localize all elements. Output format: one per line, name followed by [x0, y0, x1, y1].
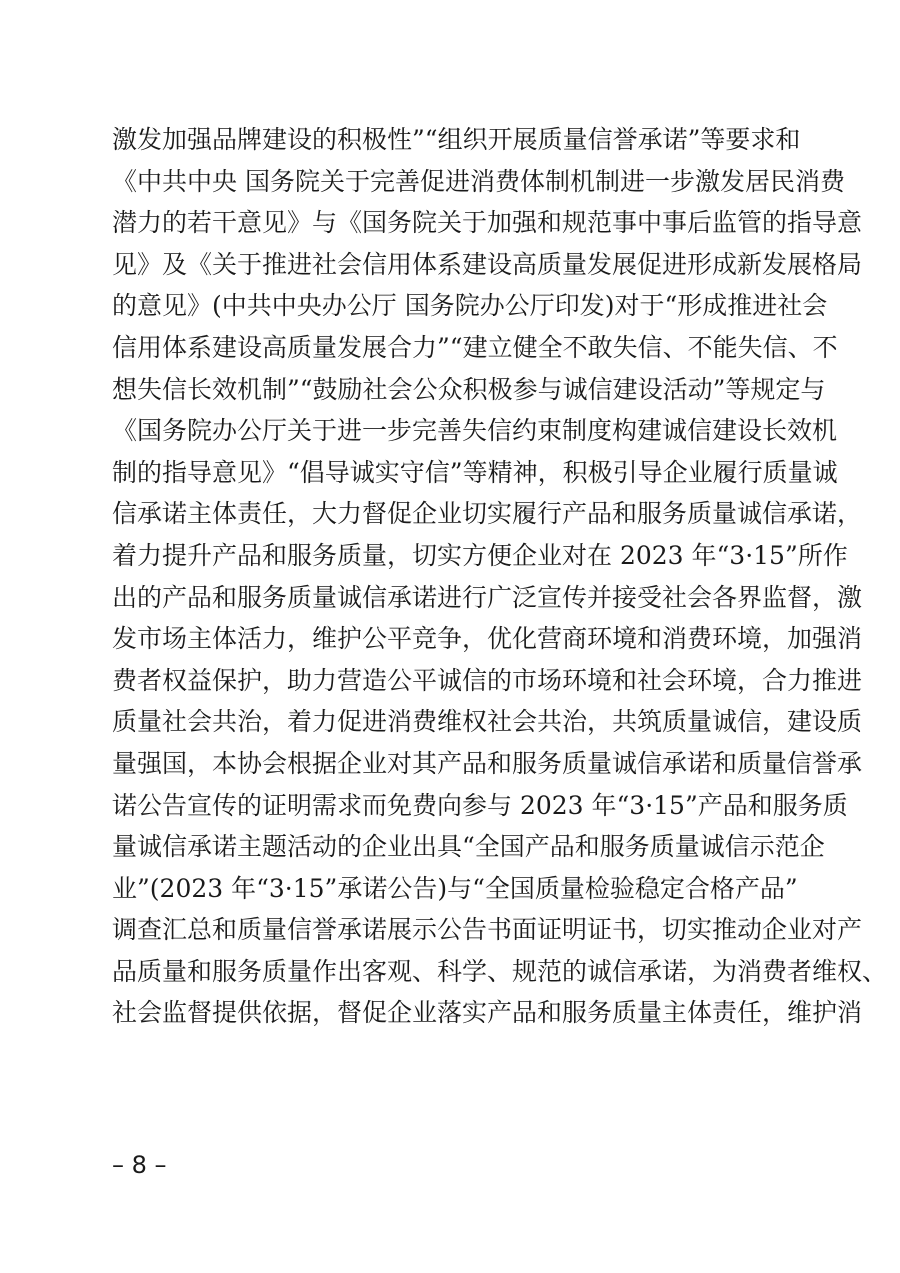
text-line: 制的指导意见》“倡导诚实守信”等精神，积极引导企业履行质量诚: [112, 452, 788, 494]
text-line: 社会监督提供依据，督促企业落实产品和服务质量主体责任，维护消: [112, 992, 788, 1034]
text-line: 调查汇总和质量信誉承诺展示公告书面证明证书，切实推动企业对产: [112, 909, 788, 951]
text-line: 费者权益保护，助力营造公平诚信的市场环境和社会环境，合力推进: [112, 660, 788, 702]
text-line: 品质量和服务质量作出客观、科学、规范的诚信承诺，为消费者维权、: [112, 951, 788, 993]
document-page: 激发加强品牌建设的积极性”“组织开展质量信誉承诺”等要求和 《中共中央 国务院关…: [0, 0, 900, 1273]
text-line: 质量社会共治，着力促进消费维权社会共治，共筑质量诚信，建设质: [112, 701, 788, 743]
text-line: 出的产品和服务质量诚信承诺进行广泛宣传并接受社会各界监督，激: [112, 577, 788, 619]
text-line: 想失信长效机制”“鼓励社会公众积极参与诚信建设活动”等规定与: [112, 369, 788, 411]
text-line: 业”(2023 年“3·15”承诺公告)与“全国质量检验稳定合格产品”: [112, 868, 788, 910]
text-line: 信用体系建设高质量发展合力”“建立健全不敢失信、不能失信、不: [112, 327, 788, 369]
text-line: 诺公告宣传的证明需求而免费向参与 2023 年“3·15”产品和服务质: [112, 785, 788, 827]
text-line: 的意见》(中共中央办公厅 国务院办公厅印发)对于“形成推进社会: [112, 285, 788, 327]
text-line: 激发加强品牌建设的积极性”“组织开展质量信誉承诺”等要求和: [112, 119, 788, 161]
text-line: 潜力的若干意见》与《国务院关于加强和规范事中事后监管的指导意: [112, 202, 788, 244]
text-line: 信承诺主体责任，大力督促企业切实履行产品和服务质量诚信承诺，: [112, 493, 788, 535]
text-line: 量诚信承诺主题活动的企业出具“全国产品和服务质量诚信示范企: [112, 826, 788, 868]
text-line: 发市场主体活力，维护公平竞争，优化营商环境和消费环境，加强消: [112, 618, 788, 660]
text-line: 见》及《关于推进社会信用体系建设高质量发展促进形成新发展格局: [112, 244, 788, 286]
text-line: 《中共中央 国务院关于完善促进消费体制机制进一步激发居民消费: [112, 161, 788, 203]
body-paragraph: 激发加强品牌建设的积极性”“组织开展质量信誉承诺”等要求和 《中共中央 国务院关…: [112, 119, 788, 1034]
text-line: 着力提升产品和服务质量，切实方便企业对在 2023 年“3·15”所作: [112, 535, 788, 577]
text-line: 量强国，本协会根据企业对其产品和服务质量诚信承诺和质量信誉承: [112, 743, 788, 785]
page-number: – 8 –: [112, 1150, 167, 1180]
text-line: 《国务院办公厅关于进一步完善失信约束制度构建诚信建设长效机: [112, 410, 788, 452]
